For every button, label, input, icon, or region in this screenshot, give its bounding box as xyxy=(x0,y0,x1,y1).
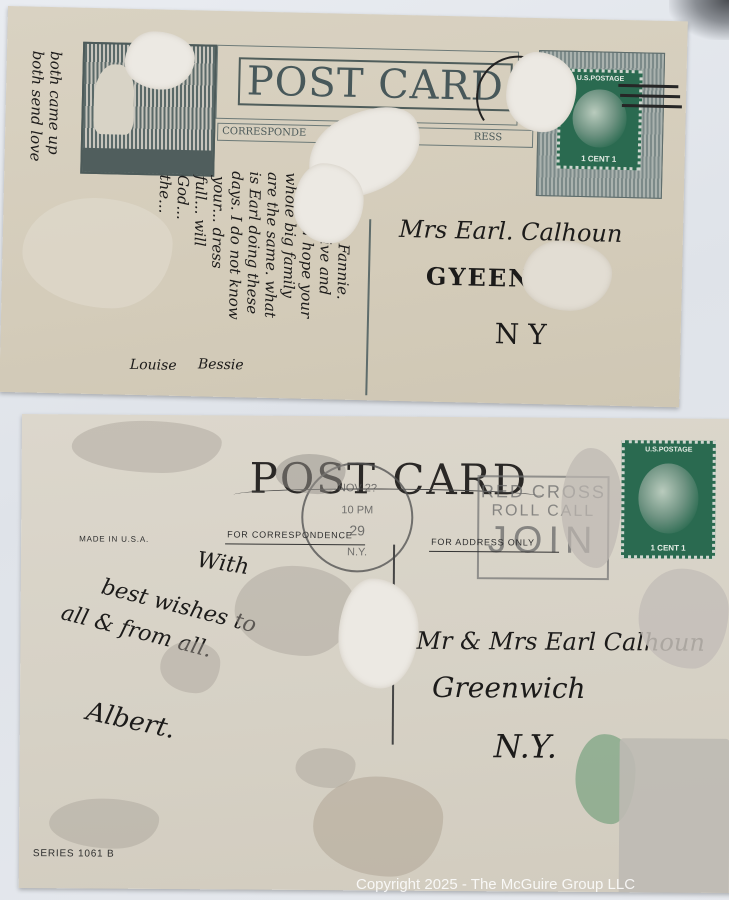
paper-damage xyxy=(293,163,365,245)
stamp-icon: U.S.POSTAGE 1 CENT 1 xyxy=(621,440,716,559)
postcard-top: POST CARD CORRESPONDE RESS U.S.POSTAGE 1… xyxy=(0,6,688,407)
address-line-2: Greenwich xyxy=(432,671,586,705)
address-line-1: Mrs Earl. Calhoun xyxy=(399,215,623,248)
address-line-3: N Y xyxy=(494,317,547,351)
series-label: SERIES 1061 B xyxy=(33,848,115,860)
address-line-2: GYEEN xyxy=(426,262,533,293)
made-in-label: MADE IN U.S.A. xyxy=(79,534,149,543)
correspondence-label: FOR CORRESPONDENCE xyxy=(227,529,352,540)
postcard-bottom: POST CARD NOV 2? 10 PM 29 N.Y. RED CROSS… xyxy=(19,414,729,893)
card-divider xyxy=(365,219,371,395)
paper-damage xyxy=(521,240,613,312)
postcard-title: POST CARD xyxy=(238,57,513,111)
paper-damage xyxy=(338,578,419,689)
copyright-watermark: Copyright 2025 - The McGuire Group LLC xyxy=(356,876,635,893)
address-line-3: N.Y. xyxy=(494,727,558,765)
address-label: FOR ADDRESS ONLY xyxy=(431,537,535,548)
